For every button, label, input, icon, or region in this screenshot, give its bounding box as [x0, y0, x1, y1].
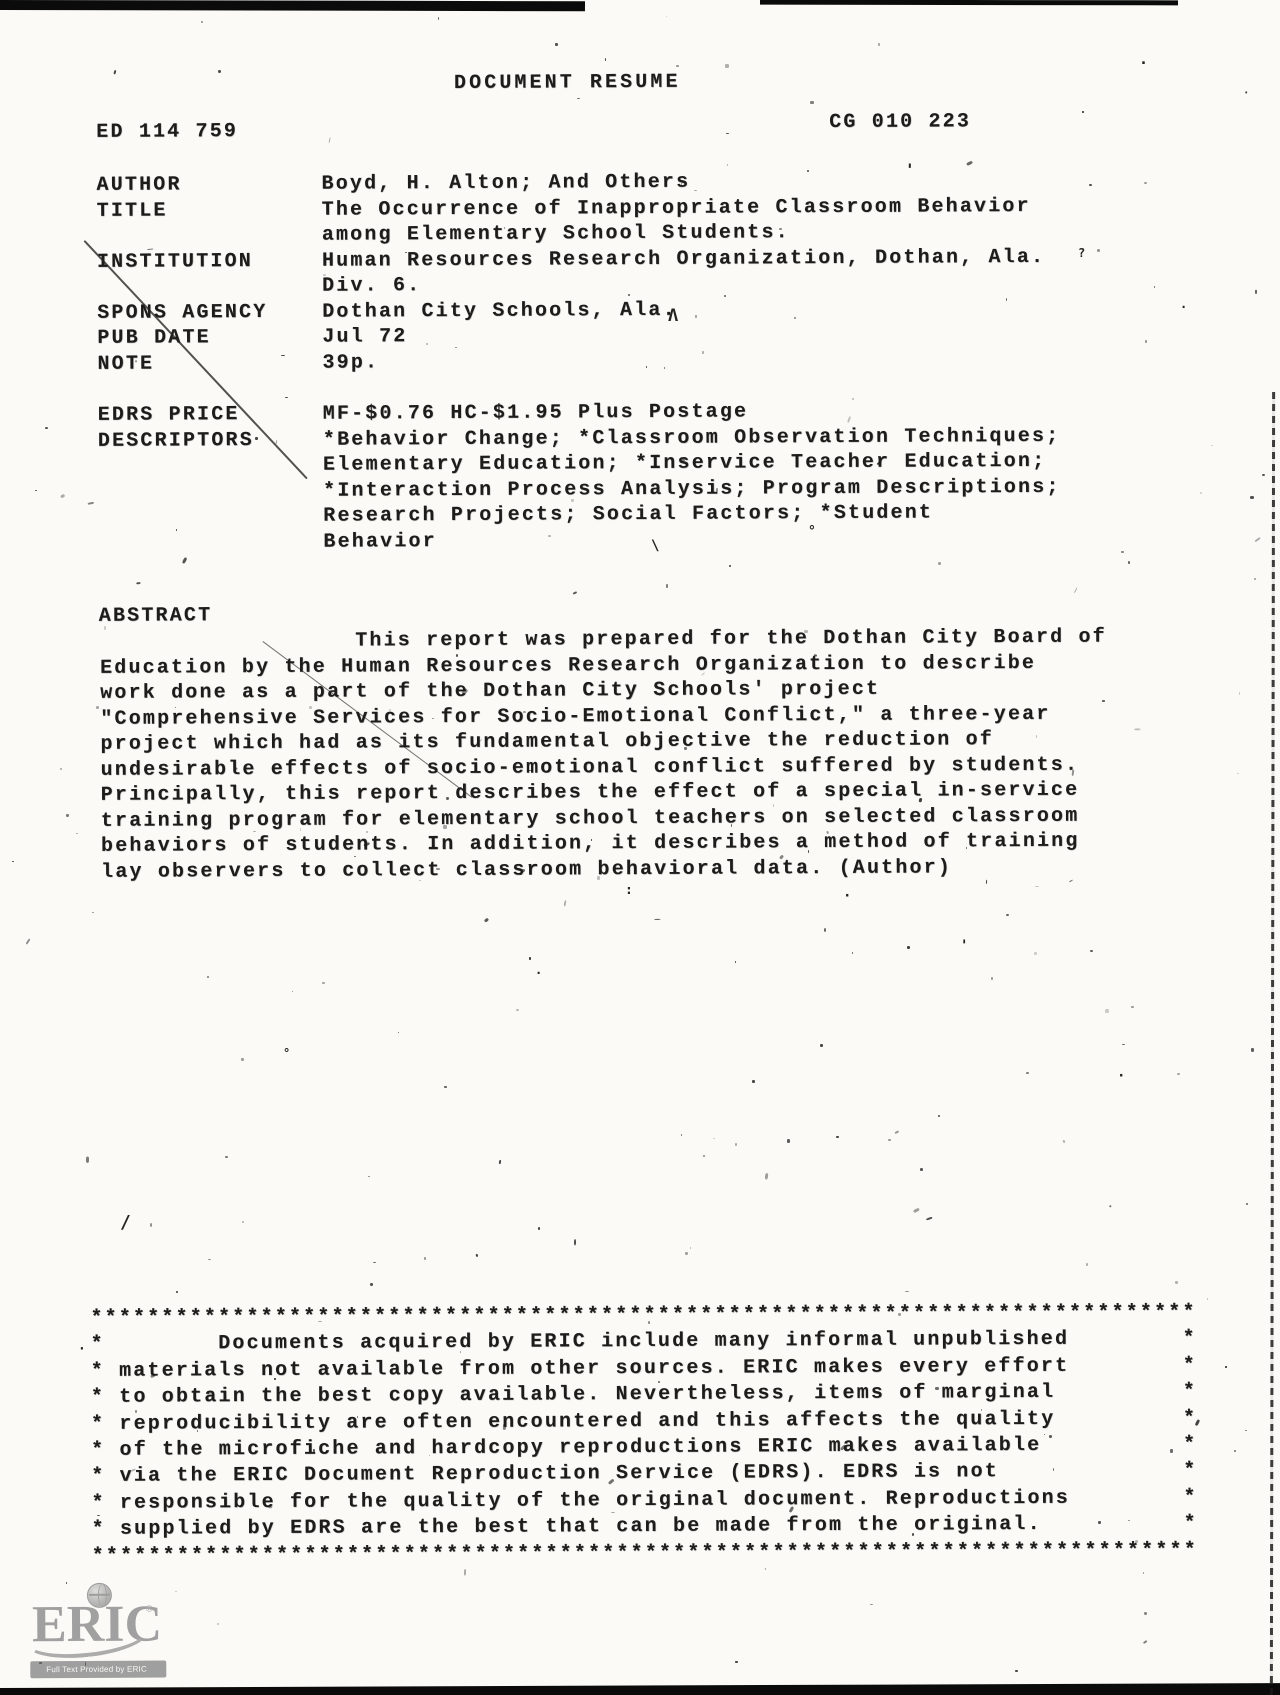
- abstract-text: This report was prepared for the Dothan …: [100, 625, 1108, 885]
- eric-tagline: Full Text Provided by ERIC: [30, 1660, 166, 1678]
- field-label: INSTITUTION: [97, 248, 322, 275]
- metadata-fields: AUTHORBoyd, H. Alton; And OthersTITLEThe…: [96, 167, 1178, 556]
- scan-edge-top-right: [760, 0, 1178, 5]
- field-value: 39p.: [322, 350, 379, 376]
- field-value: *Behavior Change; *Classroom Observation…: [323, 423, 1061, 554]
- field-row-institution: INSTITUTIONHuman Resources Research Orga…: [97, 244, 1177, 301]
- eric-logo: ERIC ® Full Text Provided by ERIC: [30, 1588, 171, 1693]
- field-value: The Occurrence of Inappropriate Classroo…: [322, 193, 1031, 248]
- field-label: AUTHOR: [96, 172, 321, 199]
- eric-registered-mark: ®: [146, 1597, 155, 1623]
- abstract-label: ABSTRACT: [99, 603, 213, 629]
- field-label: PUB DATE: [97, 325, 322, 352]
- field-label: SPONS AGENCY: [97, 299, 322, 326]
- document-resume-title: DOCUMENT RESUME: [454, 70, 681, 97]
- field-value: Human Resources Research Organization, D…: [322, 244, 1046, 299]
- page-content: DOCUMENT RESUME ED 114 759 CG 010 223 AU…: [0, 0, 1280, 1695]
- scanned-document-page: DOCUMENT RESUME ED 114 759 CG 010 223 AU…: [0, 0, 1280, 1695]
- field-label: TITLE: [97, 197, 322, 224]
- field-row-title: TITLEThe Occurrence of Inappropriate Cla…: [97, 193, 1177, 250]
- scan-edge-top-left: [0, 0, 585, 11]
- field-row-note: NOTE39p.: [97, 346, 1177, 377]
- field-label: EDRS PRICE: [98, 402, 323, 429]
- field-value: MF-$0.76 HC-$1.95 Plus Postage: [323, 399, 749, 427]
- field-value: Boyd, H. Alton; And Others: [321, 170, 690, 197]
- field-row-descriptors: DESCRIPTORS*Behavior Change; *Classroom …: [98, 423, 1179, 556]
- ed-accession-number: ED 114 759: [96, 119, 238, 145]
- field-label: DESCRIPTORS: [98, 427, 323, 454]
- eric-reproduction-notice: ****************************************…: [90, 1300, 1198, 1570]
- clearinghouse-number: CG 010 223: [829, 109, 971, 135]
- field-value: Jul 72: [322, 324, 407, 350]
- field-value: Dothan City Schools, Ala.: [322, 297, 677, 324]
